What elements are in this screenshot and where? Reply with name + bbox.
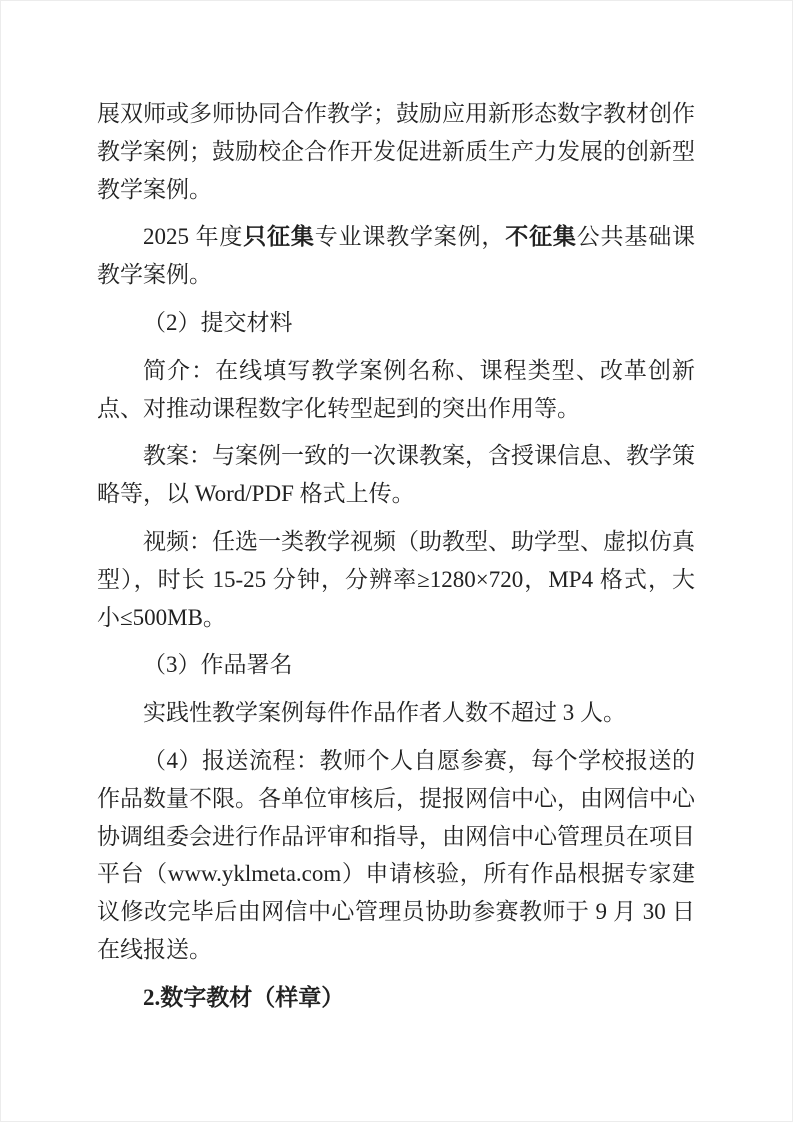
text-run: 教案：与案例一致的一次课教案，含授课信息、教学策略等，以 Word/PDF 格式… bbox=[97, 443, 695, 506]
text-run: 专业课教学案例， bbox=[315, 224, 506, 249]
paragraph-video-requirement: 视频：任选一类教学视频（助教型、助学型、虚拟仿真型），时长 15-25 分钟，分… bbox=[97, 523, 695, 636]
paragraph-2025-scope: 2025 年度只征集专业课教学案例，不征集公共基础课教学案例。 bbox=[97, 218, 695, 294]
section-heading-digital-textbook: 2.数字教材（样章） bbox=[97, 979, 695, 1017]
text-run: 简介：在线填写教学案例名称、课程类型、改革创新点、对推动课程数字化转型起到的突出… bbox=[97, 358, 695, 421]
text-run: 视频：任选一类教学视频（助教型、助学型、虚拟仿真型），时长 15-25 分钟，分… bbox=[97, 529, 695, 630]
text-run: 展双师或多师协同合作教学；鼓励应用新形态数字教材创作教学案例；鼓励校企合作开发促… bbox=[97, 101, 695, 202]
section-heading-2-submit-materials: （2）提交材料 bbox=[97, 304, 695, 342]
text-run: （4）报送流程：教师个人自愿参赛，每个学校报送的作品数量不限。各单位审核后，提报… bbox=[97, 748, 695, 962]
bold-text-run: 只征集 bbox=[243, 224, 314, 249]
text-run: （3）作品署名 bbox=[143, 652, 293, 677]
paragraph-intro-requirement: 简介：在线填写教学案例名称、课程类型、改革创新点、对推动课程数字化转型起到的突出… bbox=[97, 352, 695, 428]
text-run: 实践性教学案例每件作品作者人数不超过 3 人。 bbox=[143, 700, 626, 725]
paragraph-lessonplan-requirement: 教案：与案例一致的一次课教案，含授课信息、教学策略等，以 Word/PDF 格式… bbox=[97, 437, 695, 513]
paragraph-author-limit: 实践性教学案例每件作品作者人数不超过 3 人。 bbox=[97, 694, 695, 732]
text-run: 2025 年度 bbox=[143, 224, 243, 249]
bold-text-run: 2.数字教材（样章） bbox=[143, 985, 344, 1010]
text-run: （2）提交材料 bbox=[143, 310, 293, 335]
paragraph-continuation: 展双师或多师协同合作教学；鼓励应用新形态数字教材创作教学案例；鼓励校企合作开发促… bbox=[97, 95, 695, 208]
bold-text-run: 不征集 bbox=[505, 224, 576, 249]
document-body: 展双师或多师协同合作教学；鼓励应用新形态数字教材创作教学案例；鼓励校企合作开发促… bbox=[1, 1, 792, 1017]
document-page: 展双师或多师协同合作教学；鼓励应用新形态数字教材创作教学案例；鼓励校企合作开发促… bbox=[0, 0, 793, 1122]
paragraph-submission-process: （4）报送流程：教师个人自愿参赛，每个学校报送的作品数量不限。各单位审核后，提报… bbox=[97, 742, 695, 969]
section-heading-3-signature: （3）作品署名 bbox=[97, 646, 695, 684]
